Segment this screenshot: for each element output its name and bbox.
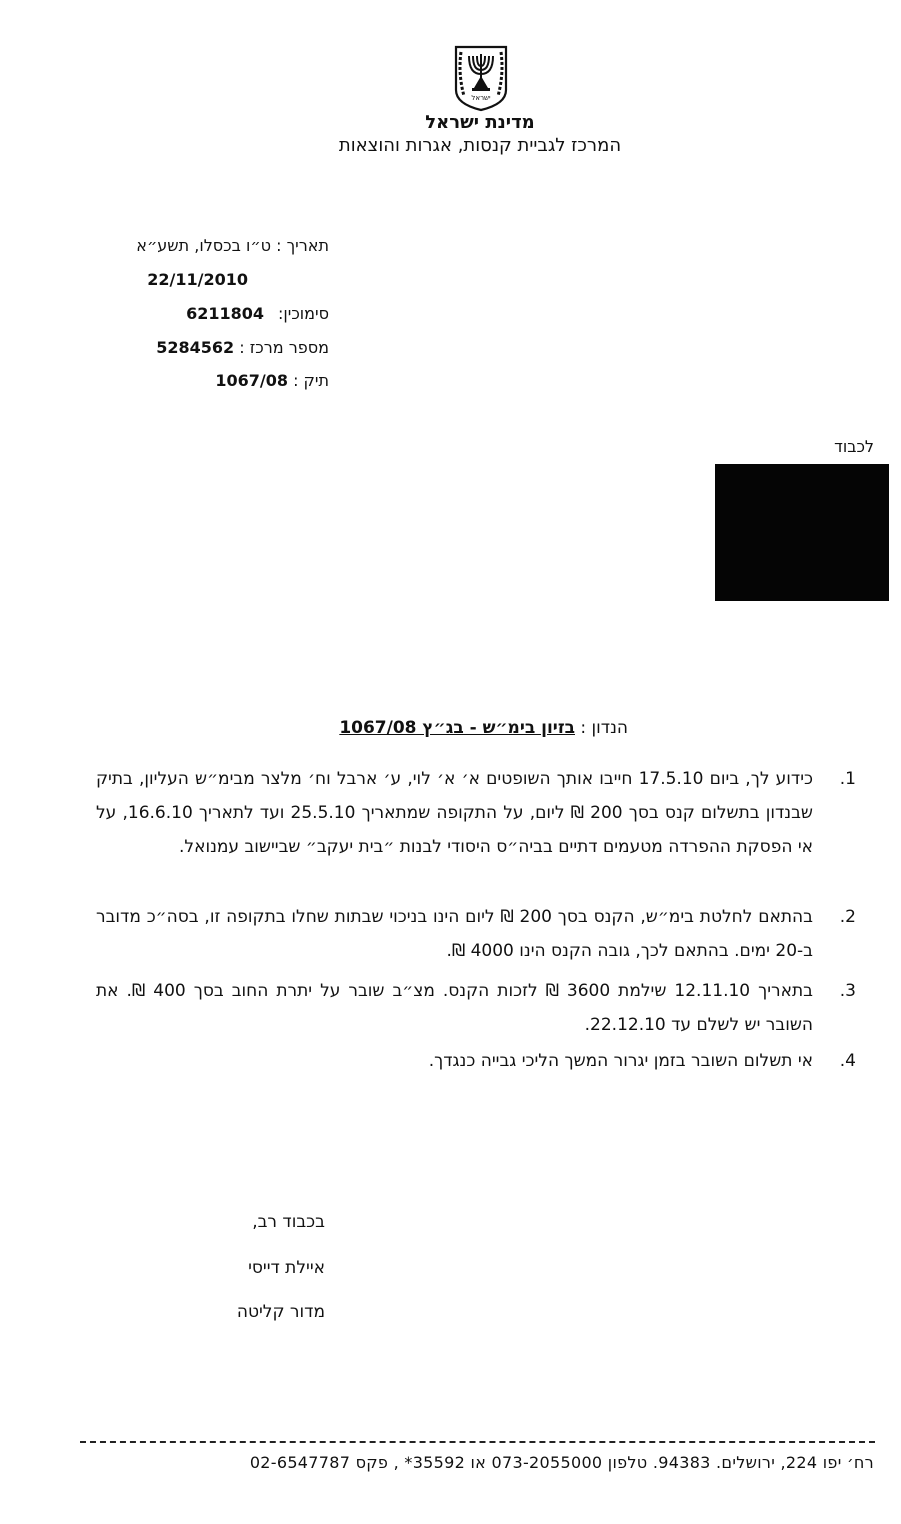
- state-emblem-menorah-icon: ישראל: [452, 44, 510, 112]
- center-number-line: מספר מרכז : 5284562: [156, 338, 329, 357]
- date-hebrew-line: תאריך : ט״ו בכסלו, תשע״א: [136, 236, 329, 255]
- simuchin-line: סימוכין:6211804: [186, 304, 329, 323]
- item-number: 3.: [840, 974, 856, 1008]
- subject-value: בזיון בימ״ש - בג״ץ 1067/08: [339, 718, 575, 738]
- date-gregorian: 22/11/2010: [147, 270, 248, 289]
- signature-closing: בכבוד רב,: [252, 1212, 325, 1232]
- center-number-value: 5284562: [156, 338, 234, 357]
- item-text: כידוע לך, ביום 17.5.10 חייבו אותך השופטי…: [96, 762, 813, 864]
- case-label: תיק :: [293, 371, 329, 390]
- body-item: 2. בהתאם לחלטת בימ״ש, הקנס בסך 200 ₪ ליו…: [96, 900, 856, 968]
- item-text: בתאריך 12.11.10 שילמת 3600 ₪ לזכות הקנס.…: [96, 974, 813, 1042]
- signature-name: איילת דייסי: [248, 1258, 325, 1278]
- item-number: 2.: [840, 900, 856, 934]
- simuchin-value: 6211804: [186, 304, 264, 323]
- body-item: 3. בתאריך 12.11.10 שילמת 3600 ₪ לזכות הק…: [96, 974, 856, 1042]
- item-number: 1.: [840, 762, 856, 796]
- body-item: 1. כידוע לך, ביום 17.5.10 חייבו אותך השו…: [96, 762, 856, 864]
- date-hebrew: ט״ו בכסלו, תשע״א: [136, 236, 271, 255]
- center-name: המרכז לגביית קנסות, אגרות והוצאות: [280, 135, 680, 156]
- signature-title: מדור קליטה: [237, 1302, 325, 1322]
- date-label: תאריך :: [276, 236, 329, 255]
- svg-text:ישראל: ישראל: [471, 94, 491, 102]
- footer-address: רח׳ יפו 224, ירושלים. 94383. טלפון 073-2…: [250, 1453, 874, 1472]
- center-number-label: מספר מרכז :: [239, 338, 329, 357]
- redacted-recipient-block: [715, 464, 889, 601]
- item-number: 4.: [840, 1044, 856, 1078]
- case-line: תיק : 1067/08: [215, 371, 329, 390]
- recipient-label: לכבוד: [834, 437, 874, 456]
- item-text: בהתאם לחלטת בימ״ש, הקנס בסך 200 ₪ ליום ה…: [96, 900, 813, 968]
- simuchin-label: סימוכין:: [278, 304, 329, 323]
- subject-label: הנדון :: [580, 718, 628, 738]
- item-text: אי תשלום השובר בזמן יגרור המשך הליכי גבי…: [96, 1044, 813, 1078]
- body-item: 4. אי תשלום השובר בזמן יגרור המשך הליכי …: [96, 1044, 856, 1078]
- case-value: 1067/08: [215, 371, 288, 390]
- subject-line: הנדון : בזיון בימ״ש - בג״ץ 1067/08: [300, 718, 628, 738]
- footer-divider: [80, 1441, 875, 1443]
- state-name: מדינת ישראל: [300, 112, 660, 133]
